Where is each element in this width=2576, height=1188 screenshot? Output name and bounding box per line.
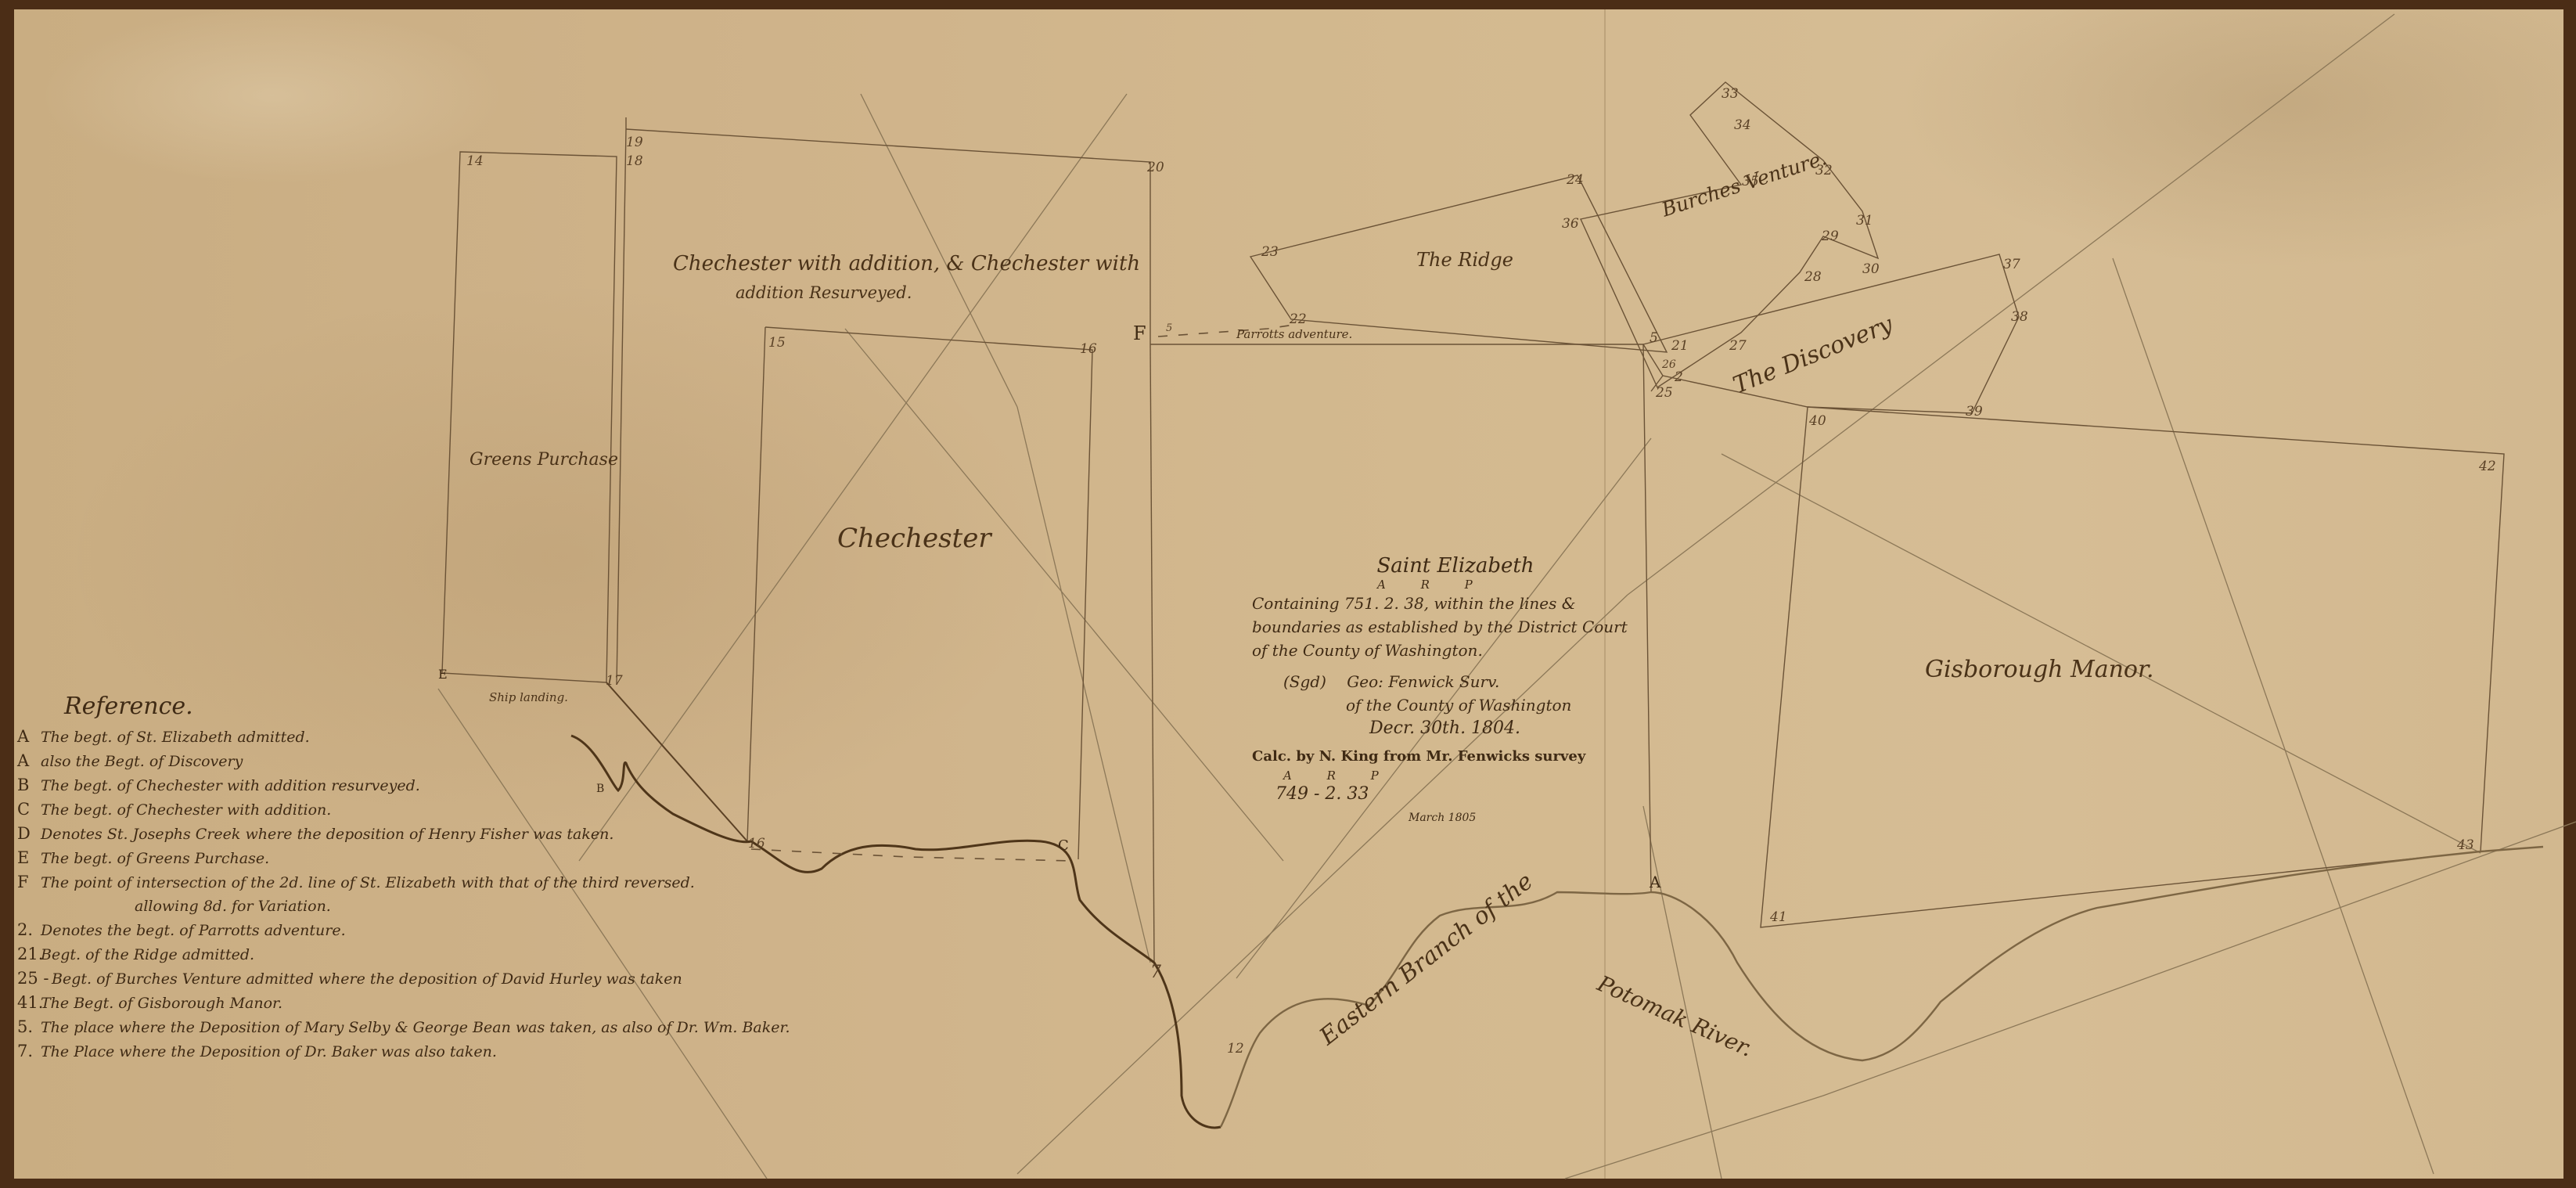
legend-item: AThe begt. of St. Elizabeth admitted. (17, 725, 941, 749)
river-eastern-reach (1221, 847, 2543, 1127)
vertex-37: 37 (2003, 257, 2020, 272)
survey-certificate: Saint Elizabeth A R P Containing 751. 2.… (1252, 554, 1690, 830)
vertex-28: 28 (1804, 269, 1822, 285)
point-e: E (438, 667, 448, 682)
vertex-12: 12 (1227, 1041, 1244, 1057)
certificate-units: A R P (1252, 578, 1690, 592)
vertex-36: 36 (1562, 216, 1579, 232)
point-c: C (1058, 837, 1069, 854)
vertex-15: 15 (768, 335, 786, 351)
vertex-17: 17 (606, 673, 623, 689)
vertex-30: 30 (1862, 261, 1880, 277)
legend-title: Reference. (64, 693, 941, 720)
certificate-line3: of the County of Washington. (1252, 639, 1690, 662)
vertex-27: 27 (1729, 338, 1747, 354)
certificate-note-units: A R P (1252, 769, 1690, 783)
legend-item: CThe begt. of Chechester with addition. (17, 797, 941, 822)
vertex-23: 23 (1261, 244, 1279, 260)
vertex-43: 43 (2457, 837, 2474, 853)
vertex-5-f: 5 (1166, 322, 1172, 334)
vertex-7: 7 (1150, 963, 1161, 982)
vertex-41: 41 (1770, 909, 1787, 925)
legend-item-continuation: allowing 8d. for Variation. (17, 895, 941, 918)
certificate-note-value: 749 - 2. 33 (1252, 783, 1690, 806)
vertex-34: 34 (1734, 117, 1751, 133)
vertex-14: 14 (466, 153, 484, 169)
vertex-2: 2 (1675, 369, 1683, 385)
label-the-ridge: The Ridge (1416, 249, 1513, 271)
label-parrotts-adventure: Parrotts adventure. (1236, 327, 1352, 341)
certificate-signed: (Sgd) (1283, 672, 1326, 691)
point-a: A (1650, 873, 1660, 891)
label-gisborough-manor: Gisborough Manor. (1925, 656, 2154, 683)
certificate-date: Decr. 30th. 1804. (1252, 717, 1690, 740)
certificate-line2: boundaries as established by the Distric… (1252, 615, 1690, 639)
vertex-38: 38 (2011, 309, 2028, 325)
legend-item: BThe begt. of Chechester with addition r… (17, 773, 941, 797)
vertex-39: 39 (1966, 404, 1983, 419)
vertex-33: 33 (1722, 86, 1739, 102)
legend-item: 21.Begt. of the Ridge admitted. (17, 942, 941, 967)
legend-item: DDenotes St. Josephs Creek where the dep… (17, 822, 941, 846)
legend-item: 41.The Begt. of Gisborough Manor. (17, 991, 941, 1015)
vertex-31: 31 (1856, 213, 1873, 229)
vertex-25: 25 (1656, 385, 1673, 401)
legend-item: FThe point of intersection of the 2d. li… (17, 870, 941, 895)
vertex-32: 32 (1815, 163, 1833, 178)
vertex-19: 19 (626, 135, 643, 150)
vertex-16-top: 16 (1080, 341, 1097, 357)
label-chechester-addition-line1: Chechester with addition, & Chechester w… (673, 252, 1140, 275)
vertex-29: 29 (1822, 229, 1839, 244)
label-greens-purchase: Greens Purchase (470, 450, 618, 470)
certificate-note-date: March 1805 (1252, 806, 1690, 830)
greens-purchase-boundary (442, 152, 617, 682)
vertex-42: 42 (2479, 459, 2496, 474)
legend-item: 7.The Place where the Deposition of Dr. … (17, 1039, 941, 1064)
legend-item: EThe begt. of Greens Purchase. (17, 846, 941, 870)
certificate-county: of the County of Washington (1252, 693, 1690, 717)
legend-item: 2.Denotes the begt. of Parrotts adventur… (17, 918, 941, 942)
certificate-surveyor: Geo: Fenwick Surv. (1331, 672, 1499, 691)
vertex-35: 35 (1742, 174, 1759, 189)
legend-item: 5.The place where the Deposition of Mary… (17, 1015, 941, 1039)
label-chechester: Chechester (837, 523, 991, 554)
vertex-24: 24 (1567, 172, 1584, 188)
vertex-22: 22 (1290, 311, 1307, 327)
point-f: F (1133, 322, 1146, 344)
certificate-line1: Containing 751. 2. 38, within the lines … (1252, 592, 1690, 615)
legend-item: 25 -Begt. of Burches Venture admitted wh… (17, 967, 941, 991)
label-chechester-addition-line2: addition Resurveyed. (736, 283, 912, 302)
vertex-40: 40 (1809, 413, 1826, 429)
vertex-21: 21 (1671, 338, 1689, 354)
vertex-20: 20 (1147, 160, 1164, 175)
certificate-heading: Saint Elizabeth (1221, 554, 1690, 578)
chechester-addition-boundary (626, 129, 1150, 344)
certificate-note: Calc. by N. King from Mr. Fenwicks surve… (1252, 745, 1690, 769)
vertex-5: 5 (1650, 330, 1658, 346)
reference-legend: Reference. AThe begt. of St. Elizabeth a… (17, 693, 941, 1064)
vertex-18: 18 (626, 153, 643, 169)
legend-item: Aalso the Begt. of Discovery (17, 749, 941, 773)
